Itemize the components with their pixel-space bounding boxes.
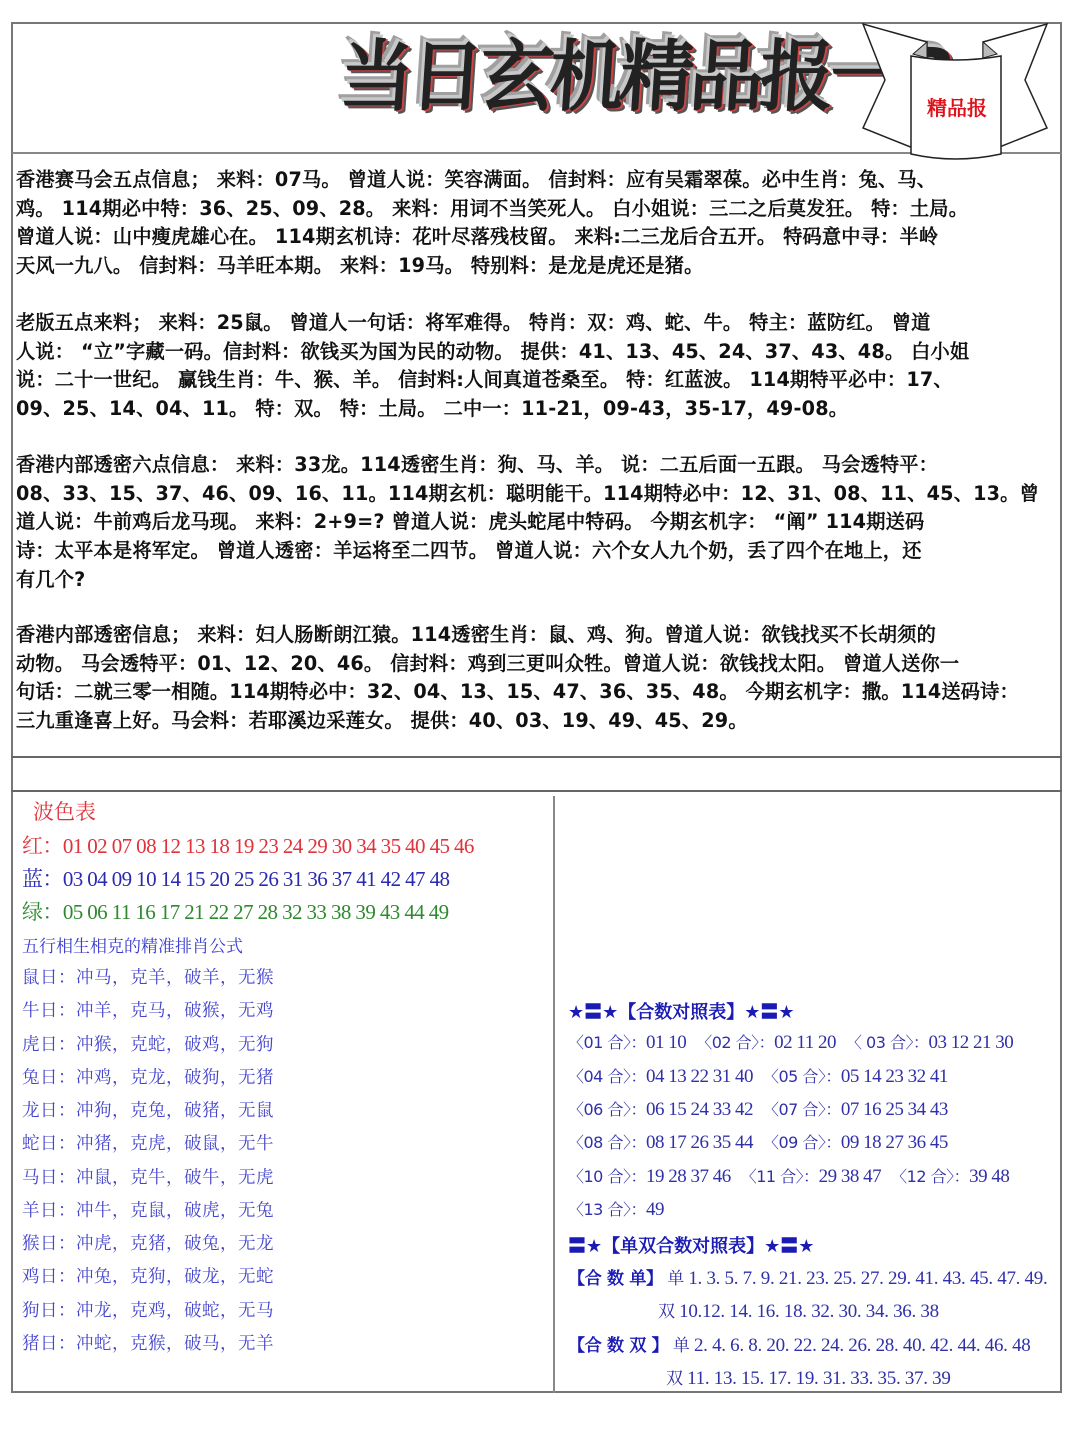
wave-table-title: 波色表 [33,796,96,826]
column-divider [553,796,555,1393]
wave-label: 红： [22,834,63,858]
heshu-row: 〈10 合〉：19 28 37 46〈11 合〉：29 38 47〈12 合〉：… [568,1164,1009,1188]
heshu-nums: 39 48 [969,1166,1009,1187]
heshu-table-title: ★〓★【合数对照表】★〓★ [568,998,795,1024]
wave-numbers: 05 06 11 16 17 21 22 27 28 32 33 38 39 4… [63,900,449,924]
heshu-dan-tag: 【合 数 单】 [568,1269,663,1289]
wuxing-row: 牛日：冲羊，克马，破猴，无鸡 [22,997,274,1022]
dan-numbers: 2. 4. 6. 8. 20. 22. 24. 26. 28. 40. 42. … [694,1335,1031,1356]
heshu-shuang-row: 【合 数 双 】 单 2. 4. 6. 8. 20. 22. 24. 26. 2… [568,1331,1030,1357]
text-line: 天风一九八。 信封料：马羊旺本期。 来料：19马。 特别料：是龙是虎还是猪。 [16,252,1062,281]
heshu-nums: 01 10 [646,1032,686,1053]
heshu-tag: 〈 03 合〉： [846,1033,929,1052]
text-line: 香港内部透密六点信息： 来料：33龙。114透密生肖：狗、马、羊。 说：二五后面… [16,451,1062,480]
heshu-tag: 〈13 合〉： [568,1200,646,1219]
paragraph-insider-info: 香港内部透密信息； 来料：妇人肠断朗江猿。114透密生肖：鼠、鸡、狗。曾道人说：… [16,621,1062,736]
heshu-tag: 〈05 合〉： [763,1067,841,1086]
heshu-nums: 04 13 22 31 40 [646,1066,753,1087]
wave-label: 蓝： [22,867,63,891]
wave-label: 绿： [22,900,63,924]
heshu-nums: 07 16 25 34 43 [841,1099,948,1120]
text-line: 老版五点来料； 来料：25鼠。 曾道人一句话：将军难得。 特肖：双：鸡、蛇、牛。… [16,309,1062,338]
heshu-row: 〈08 合〉：08 17 26 35 44〈09 合〉：09 18 27 36 … [568,1130,948,1154]
wave-row-red: 红：01 02 07 08 12 13 18 19 23 24 29 30 34… [22,830,474,860]
heshu-tag: 〈11 合〉： [741,1167,819,1186]
heshu-tag: 〈01 合〉： [568,1033,646,1052]
paragraph-insider-six-point: 香港内部透密六点信息： 来料：33龙。114透密生肖：狗、马、羊。 说：二五后面… [16,451,1062,595]
heshu-nums: 19 28 37 46 [646,1166,731,1187]
text-line: 道人说：牛前鸡后龙马现。 来料：2+9=? 曾道人说：虎头蛇尾中特码。 今期玄机… [16,508,1062,537]
wuxing-row: 鼠日：冲马，克羊，破羊，无猴 [22,964,274,989]
heshu-tag: 〈07 合〉： [763,1100,841,1119]
text-line: 香港赛马会五点信息； 来料：07马。 曾道人说：笑容满面。 信封料：应有吴霜翠葆… [16,166,1062,195]
dan-label: 单 [673,1336,690,1356]
heshu-row: 〈04 合〉：04 13 22 31 40〈05 合〉：05 14 23 32 … [568,1064,948,1088]
text-line: 三九重逢喜上好。马会料：若耶溪边采莲女。 提供：40、03、19、49、45、2… [16,707,1062,736]
heshu-nums: 29 38 47 [819,1166,882,1187]
wave-row-blue: 蓝：03 04 09 10 14 15 20 25 26 31 36 37 41… [22,863,449,893]
text-line: 08、33、15、37、46、09、16、11。114期玄机：聪明能干。114期… [16,480,1062,509]
text-line: 鸡。 114期必中特：36、25、09、28。 来料：用词不当笑死人。 白小姐说… [16,195,1062,224]
text-line: 诗：太平本是将军定。 曾道人透密：羊运将至二四节。 曾道人说：六个女人九个奶，丢… [16,537,1062,566]
odd-even-table-title: 〓★【单双合数对照表】★〓★ [568,1232,814,1258]
heshu-tag: 〈09 合〉： [763,1133,841,1152]
ribbon-label: 精品报 [926,92,988,121]
heshu-shuang-shuang-row: 双 11. 13. 15. 17. 19. 31. 33. 35. 37. 39 [666,1364,951,1390]
text-line: 香港内部透密信息； 来料：妇人肠断朗江猿。114透密生肖：鼠、鸡、狗。曾道人说：… [16,621,1062,650]
heshu-nums: 49 [646,1199,664,1220]
wave-numbers: 01 02 07 08 12 13 18 19 23 24 29 30 34 3… [63,834,474,858]
empty-row [11,758,1062,792]
shuang-label: 双 [666,1369,683,1389]
wuxing-row: 猴日：冲虎，克猪，破兔，无龙 [22,1230,274,1255]
wuxing-row: 猪日：冲蛇，克猴，破马，无羊 [22,1330,274,1355]
text-line: 曾道人说：山中瘦虎雄心在。 114期玄机诗：花叶尽落残枝留。 来料:二三龙后合五… [16,223,1062,252]
wuxing-row: 鸡日：冲兔，克狗，破龙，无蛇 [22,1263,274,1288]
paragraph-hk-jockey-five-point: 香港赛马会五点信息； 来料：07马。 曾道人说：笑容满面。 信封料：应有吴霜翠葆… [16,166,1062,281]
heshu-tag: 〈12 合〉： [891,1167,969,1186]
shuang-label: 双 [658,1302,675,1322]
shuang-numbers: 10.12. 14. 16. 18. 32. 30. 34. 36. 38 [679,1301,939,1322]
heshu-tag: 〈08 合〉： [568,1133,646,1152]
heshu-tag: 〈06 合〉： [568,1100,646,1119]
text-line: 人说： “立”字藏一码。信封料：欲钱买为国为民的动物。 提供：41、13、45、… [16,338,1062,367]
paragraph-old-edition: 老版五点来料； 来料：25鼠。 曾道人一句话：将军难得。 特肖：双：鸡、蛇、牛。… [16,309,1062,424]
text-line: 句话：二就三零一相随。114期特必中：32、04、13、15、47、36、35、… [16,678,1062,707]
wuxing-row: 羊日：冲牛，克鼠，破虎，无兔 [22,1197,274,1222]
text-line: 有几个? [16,566,1062,595]
wave-row-green: 绿：05 06 11 16 17 21 22 27 28 32 33 38 39… [22,896,449,926]
heshu-tag: 〈04 合〉： [568,1067,646,1086]
heshu-row: 〈13 合〉：49 [568,1197,664,1221]
heshu-shuang-tag: 【合 数 双 】 [568,1336,668,1356]
text-line: 说：二十一世纪。 赢钱生肖：牛、猴、羊。 信封料:人间真道苍桑至。 特：红蓝波。… [16,366,1062,395]
heshu-nums: 09 18 27 36 45 [841,1132,948,1153]
wuxing-row: 马日：冲鼠，克牛，破牛，无虎 [22,1164,274,1189]
heshu-nums: 03 12 21 30 [929,1032,1014,1053]
heshu-row: 〈01 合〉：01 10〈02 合〉：02 11 20〈 03 合〉：03 12… [568,1030,1013,1054]
text-line: 动物。 马会透特平：01、12、20、46。 信封料：鸡到三更叫众牲。曾道人说：… [16,650,1062,679]
wuxing-row: 兔日：冲鸡，克龙，破狗，无猪 [22,1064,274,1089]
text-line: 09、25、14、04、11。 特：双。 特：土局。 二中一：11-21，09-… [16,395,1062,424]
heshu-nums: 02 11 20 [774,1032,836,1053]
heshu-nums: 06 15 24 33 42 [646,1099,753,1120]
dan-numbers: 1. 3. 5. 7. 9. 21. 23. 25. 27. 29. 41. 4… [688,1268,1047,1289]
heshu-nums: 08 17 26 35 44 [646,1132,753,1153]
shuang-numbers: 11. 13. 15. 17. 19. 31. 33. 35. 37. 39 [687,1368,950,1389]
wave-numbers: 03 04 09 10 14 15 20 25 26 31 36 37 41 4… [63,867,450,891]
wuxing-row: 狗日：冲龙，克鸡，破蛇，无马 [22,1297,274,1322]
wuxing-row: 虎日：冲猴，克蛇，破鸡，无狗 [22,1031,274,1056]
heshu-dan-shuang-row: 双 10.12. 14. 16. 18. 32. 30. 34. 36. 38 [658,1297,939,1323]
dan-label: 单 [667,1269,684,1289]
wuxing-title: 五行相生相克的精准排肖公式 [22,932,243,957]
heshu-nums: 05 14 23 32 41 [841,1066,948,1087]
ribbon-badge-icon [855,20,1055,160]
heshu-tag: 〈10 合〉： [568,1167,646,1186]
heshu-tag: 〈02 合〉： [696,1033,774,1052]
heshu-dan-row: 【合 数 单】 单 1. 3. 5. 7. 9. 21. 23. 25. 27.… [568,1264,1047,1290]
heshu-row: 〈06 合〉：06 15 24 33 42〈07 合〉：07 16 25 34 … [568,1097,948,1121]
wuxing-row: 蛇日：冲猪，克虎，破鼠，无牛 [22,1130,274,1155]
wuxing-row: 龙日：冲狗，克兔，破猪，无鼠 [22,1097,274,1122]
